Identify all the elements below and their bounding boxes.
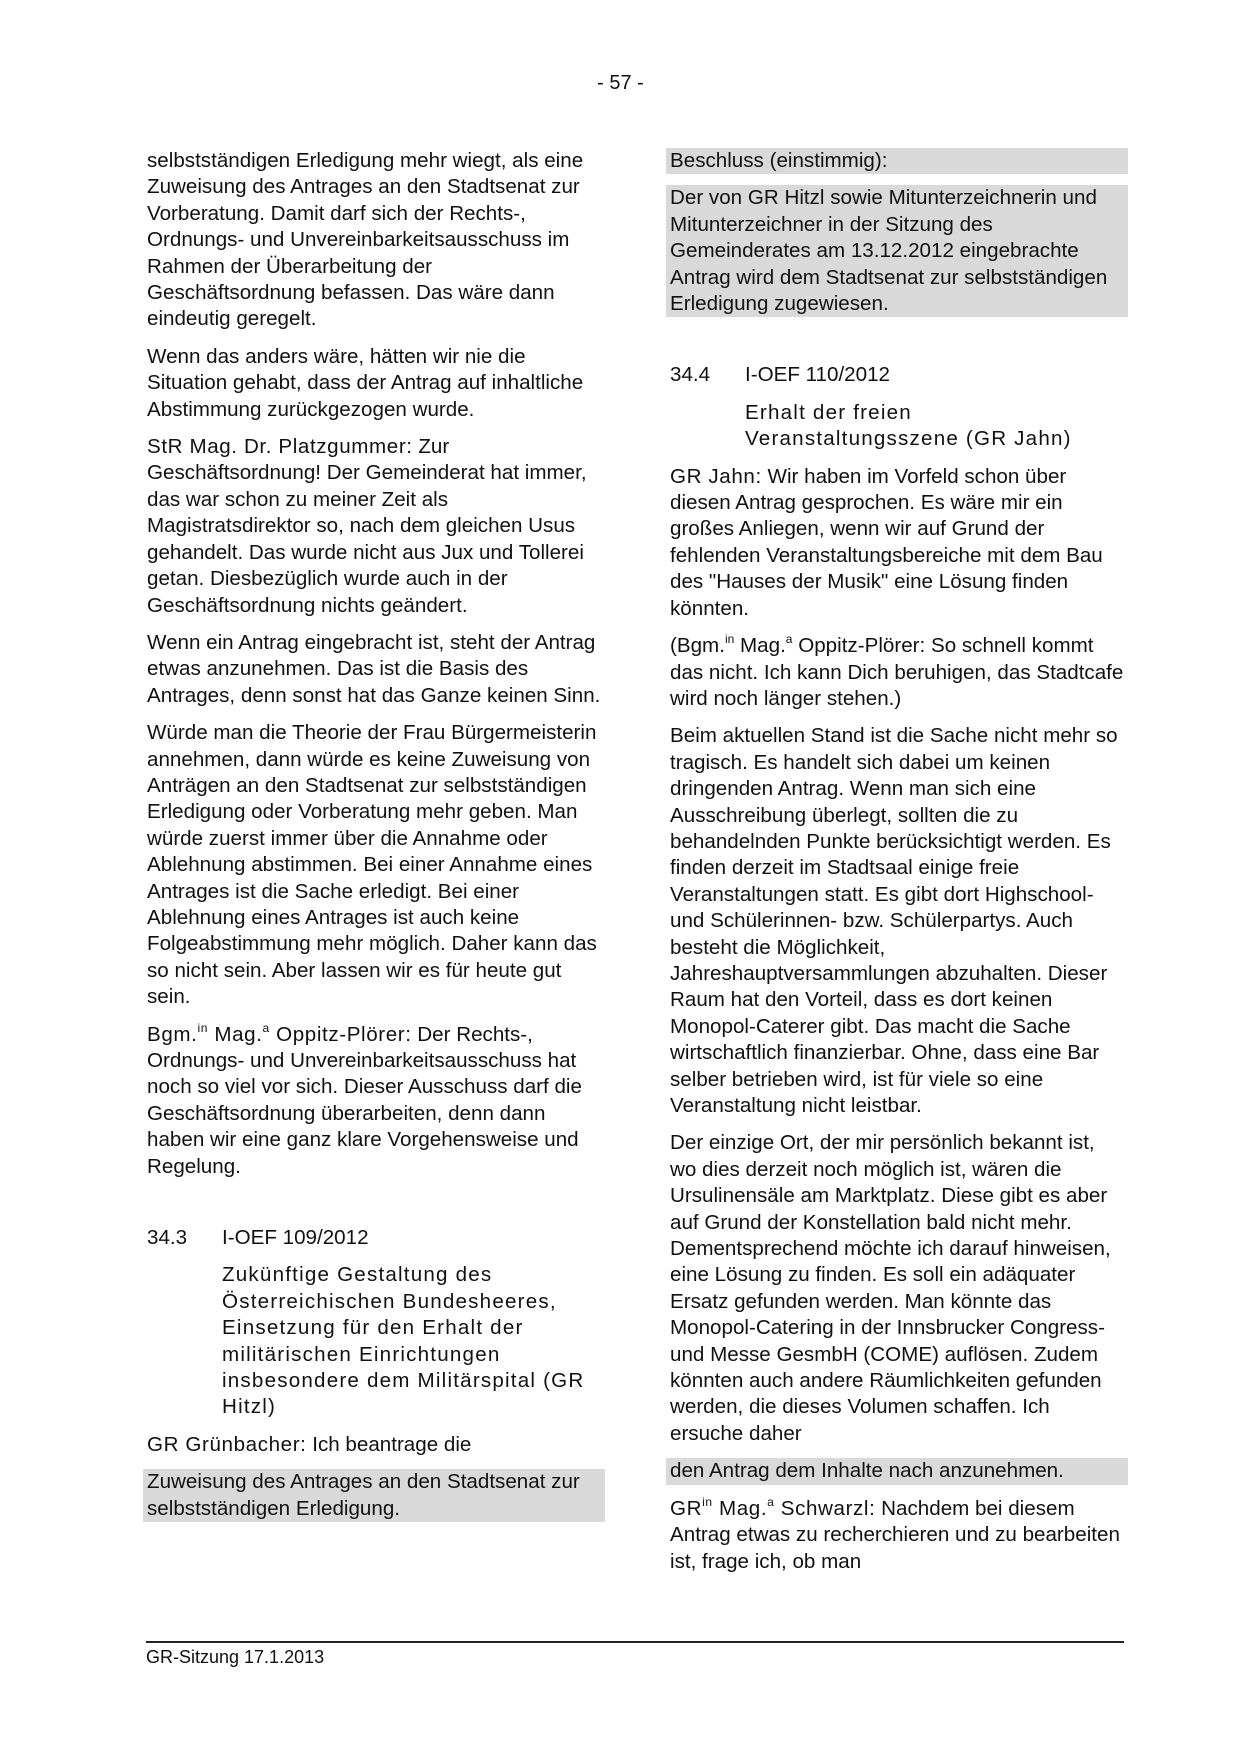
agenda-item-heading: 34.4 I-OEF 110/2012 [670,362,1124,388]
paragraph: Wenn das anders wäre, hätten wir nie die… [147,344,601,423]
agenda-item-title: Erhalt der freien Veranstaltungsszene (G… [745,400,1124,453]
agenda-item-code: I-OEF 110/2012 [745,362,890,388]
agenda-item-heading: 34.3 I-OEF 109/2012 [147,1225,601,1251]
speaker-name: StR Mag. Dr. Platzgummer: [147,435,413,458]
footer-divider [146,1641,1124,1643]
paragraph: StR Mag. Dr. Platzgummer: Zur Geschäftso… [147,434,601,619]
paragraph: GR Jahn: Wir haben im Vorfeld schon über… [670,464,1124,622]
speaker-name: Bgm.in Mag.a Oppitz-Plörer: [147,1023,412,1046]
interjection: (Bgm.in Mag.a Oppitz-Plörer: So schnell … [670,633,1124,712]
speaker-name: GR Grünbacher: [147,1433,307,1456]
resolution-label: Beschluss (einstimmig): [666,148,1128,174]
paragraph: selbstständigen Erledigung mehr wiegt, a… [147,148,601,333]
paragraph: Wenn ein Antrag eingebracht ist, steht d… [147,630,601,709]
right-column: Beschluss (einstimmig): Der von GR Hitzl… [670,148,1124,1586]
page-number: - 57 - [0,72,1241,95]
left-column: selbstständigen Erledigung mehr wiegt, a… [147,148,601,1533]
agenda-item-title: Zukünftige Gestaltung des Österreichisch… [222,1262,601,1420]
agenda-item-code: I-OEF 109/2012 [222,1225,369,1251]
motion-highlight: Zuweisung des Antrages an den Stadtsenat… [143,1469,605,1522]
motion-highlight: den Antrag dem Inhalte nach anzunehmen. [666,1458,1128,1484]
speaker-name: GR Jahn: [670,465,762,488]
speech-text: Zur Geschäftsordnung! Der Gemeinderat ha… [147,435,587,616]
paragraph: Beim aktuellen Stand ist die Sache nicht… [670,723,1124,1119]
agenda-item-number: 34.3 [147,1225,222,1251]
paragraph: Bgm.in Mag.a Oppitz-Plörer: Der Rechts-,… [147,1022,601,1180]
resolution-text: Der von GR Hitzl sowie Mitunterzeichneri… [666,185,1128,317]
paragraph: Würde man die Theorie der Frau Bürgermei… [147,720,601,1010]
speech-text: Ich beantrage die [307,1433,472,1456]
paragraph: Der einzige Ort, der mir persönlich beka… [670,1130,1124,1447]
paragraph: GRin Mag.a Schwarzl: Nachdem bei diesem … [670,1496,1124,1575]
agenda-item-number: 34.4 [670,362,745,388]
speaker-name: GRin Mag.a Schwarzl: [670,1497,875,1520]
footer-text: GR-Sitzung 17.1.2013 [146,1647,324,1668]
paragraph: GR Grünbacher: Ich beantrage die [147,1432,601,1458]
